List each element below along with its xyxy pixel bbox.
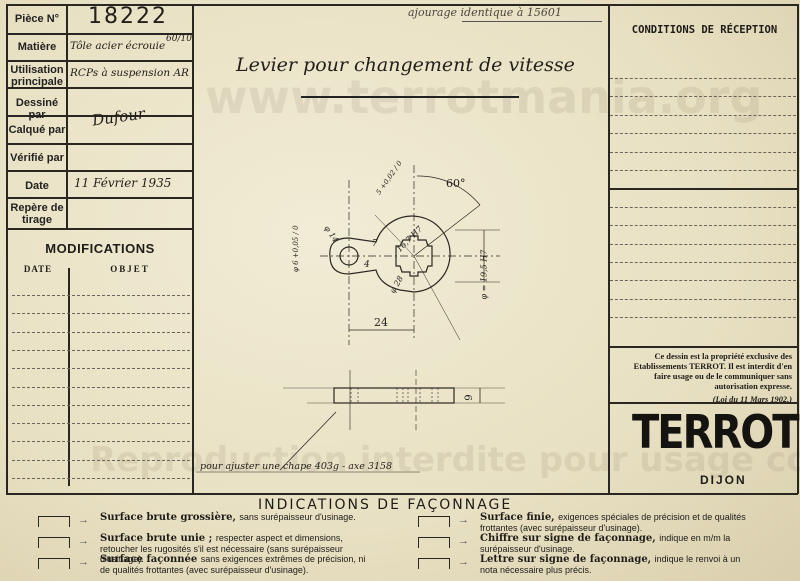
arrow-icon: → <box>78 556 89 568</box>
verifie-label: Vérifié par <box>8 152 66 164</box>
dim-angle: 60° <box>446 177 466 190</box>
piece-label: Pièce N° <box>8 13 66 25</box>
modifications-title: MODIFICATIONS <box>10 241 190 256</box>
matiere-fraction: 60/10 <box>166 34 192 44</box>
reception-row <box>610 244 796 245</box>
repere-label: Repère de tirage <box>8 202 66 226</box>
dim-bore-dia: φ = 19,5 H7 <box>480 250 489 300</box>
reception-title: CONDITIONS DE RÉCEPTION <box>612 24 797 36</box>
modification-row <box>12 313 190 314</box>
legend-bold: Surface brute unie ; <box>100 533 216 544</box>
modification-row <box>12 441 190 442</box>
reception-row <box>610 262 796 263</box>
modification-row <box>12 368 190 369</box>
double-triangle-icon <box>418 516 450 527</box>
rough-surface-icon <box>38 516 70 527</box>
left-legend-item: Surface brute grossière, sans surépaisse… <box>100 512 370 523</box>
right-legend-item: Chiffre sur signe de façonnage, indique … <box>480 533 750 554</box>
single-triangle-icon <box>38 558 70 569</box>
notice-text: Ce dessin est la propriété exclusive des… <box>634 352 792 391</box>
reception-row <box>610 280 796 281</box>
reception-row <box>610 115 796 116</box>
ownership-notice: Ce dessin est la propriété exclusive des… <box>616 352 792 405</box>
modification-row <box>12 295 190 296</box>
legend-bold: Surface finie, <box>480 512 558 523</box>
modification-row <box>12 478 190 479</box>
numbered-triangle-icon <box>418 537 450 548</box>
arrow-icon: → <box>458 535 469 547</box>
reception-row <box>610 133 796 134</box>
modification-row <box>12 332 190 333</box>
arrow-icon: → <box>78 535 89 547</box>
col-objet-header: OBJET <box>70 264 190 274</box>
reception-row <box>610 299 796 300</box>
left-legend-item: Surface façonnée sans exigences extrêmes… <box>100 554 370 575</box>
legend-bold: Surface brute grossière, <box>100 512 239 523</box>
dim-thickness: 6 <box>462 394 473 400</box>
terrot-logo: TERROT <box>632 407 798 460</box>
arrow-icon: → <box>458 514 469 526</box>
dim-small-hole: φ 6 +0,05 / 0 <box>292 225 300 272</box>
right-legend-item: Lettre sur signe de façonnage, indique l… <box>480 554 750 575</box>
dim-center-distance: 24 <box>374 316 388 329</box>
dessine-label: Dessiné par <box>8 97 66 121</box>
date-value: 11 Février 1935 <box>74 176 171 190</box>
modification-row <box>12 350 190 351</box>
reception-row <box>610 78 796 79</box>
matiere-value: Tôle acier écrouie <box>70 40 165 52</box>
drawing-sheet: www.terrotmania.org Reproduction interdi… <box>0 0 800 581</box>
part-title: Levier pour changement de vitesse <box>236 54 575 76</box>
smooth-rough-surface-icon <box>38 537 70 548</box>
modification-row <box>12 423 190 424</box>
calque-label: Calqué par <box>8 124 66 136</box>
matiere-label: Matière <box>8 41 66 53</box>
calque-signature: Dufour <box>91 104 146 129</box>
legend-bold: Surface façonnée <box>100 554 201 565</box>
piece-value: 18222 <box>88 4 168 29</box>
notice-law: (Loi du 11 Mars 1902.) <box>616 395 792 405</box>
reception-row <box>610 96 796 97</box>
reception-row <box>610 152 796 153</box>
modification-row <box>12 387 190 388</box>
note-bottom: pour ajuster une chape 403g - axe 3158 <box>200 461 392 472</box>
col-date-header: DATE <box>10 264 66 274</box>
dim-width-4: 4 <box>364 260 370 270</box>
legend-bold: Lettre sur signe de façonnage, <box>480 554 655 565</box>
dim-width-7: 7 <box>372 239 378 249</box>
legend-text: sans surépaisseur d'usinage. <box>239 512 355 522</box>
note-top: ajourage identique à 15601 <box>408 6 562 19</box>
reception-row <box>610 207 796 208</box>
reception-row <box>610 225 796 226</box>
modification-row <box>12 460 190 461</box>
arrow-icon: → <box>78 514 89 526</box>
legend-bold: Chiffre sur signe de façonnage, <box>480 533 659 544</box>
reception-row <box>610 170 796 171</box>
brand-city: DIJON <box>700 473 747 487</box>
indications-title: INDICATIONS DE FAÇONNAGE <box>258 497 512 513</box>
lettered-triangle-icon <box>418 558 450 569</box>
technical-drawing <box>195 160 605 490</box>
arrow-icon: → <box>458 556 469 568</box>
utilisation-value: RCPs à suspension AR <box>70 67 189 79</box>
modification-row <box>12 405 190 406</box>
date-label: Date <box>8 180 66 192</box>
utilisation-label: Utilisation principale <box>8 64 66 88</box>
right-legend-item: Surface finie, exigences spéciales de pr… <box>480 512 750 533</box>
reception-row <box>610 317 796 318</box>
